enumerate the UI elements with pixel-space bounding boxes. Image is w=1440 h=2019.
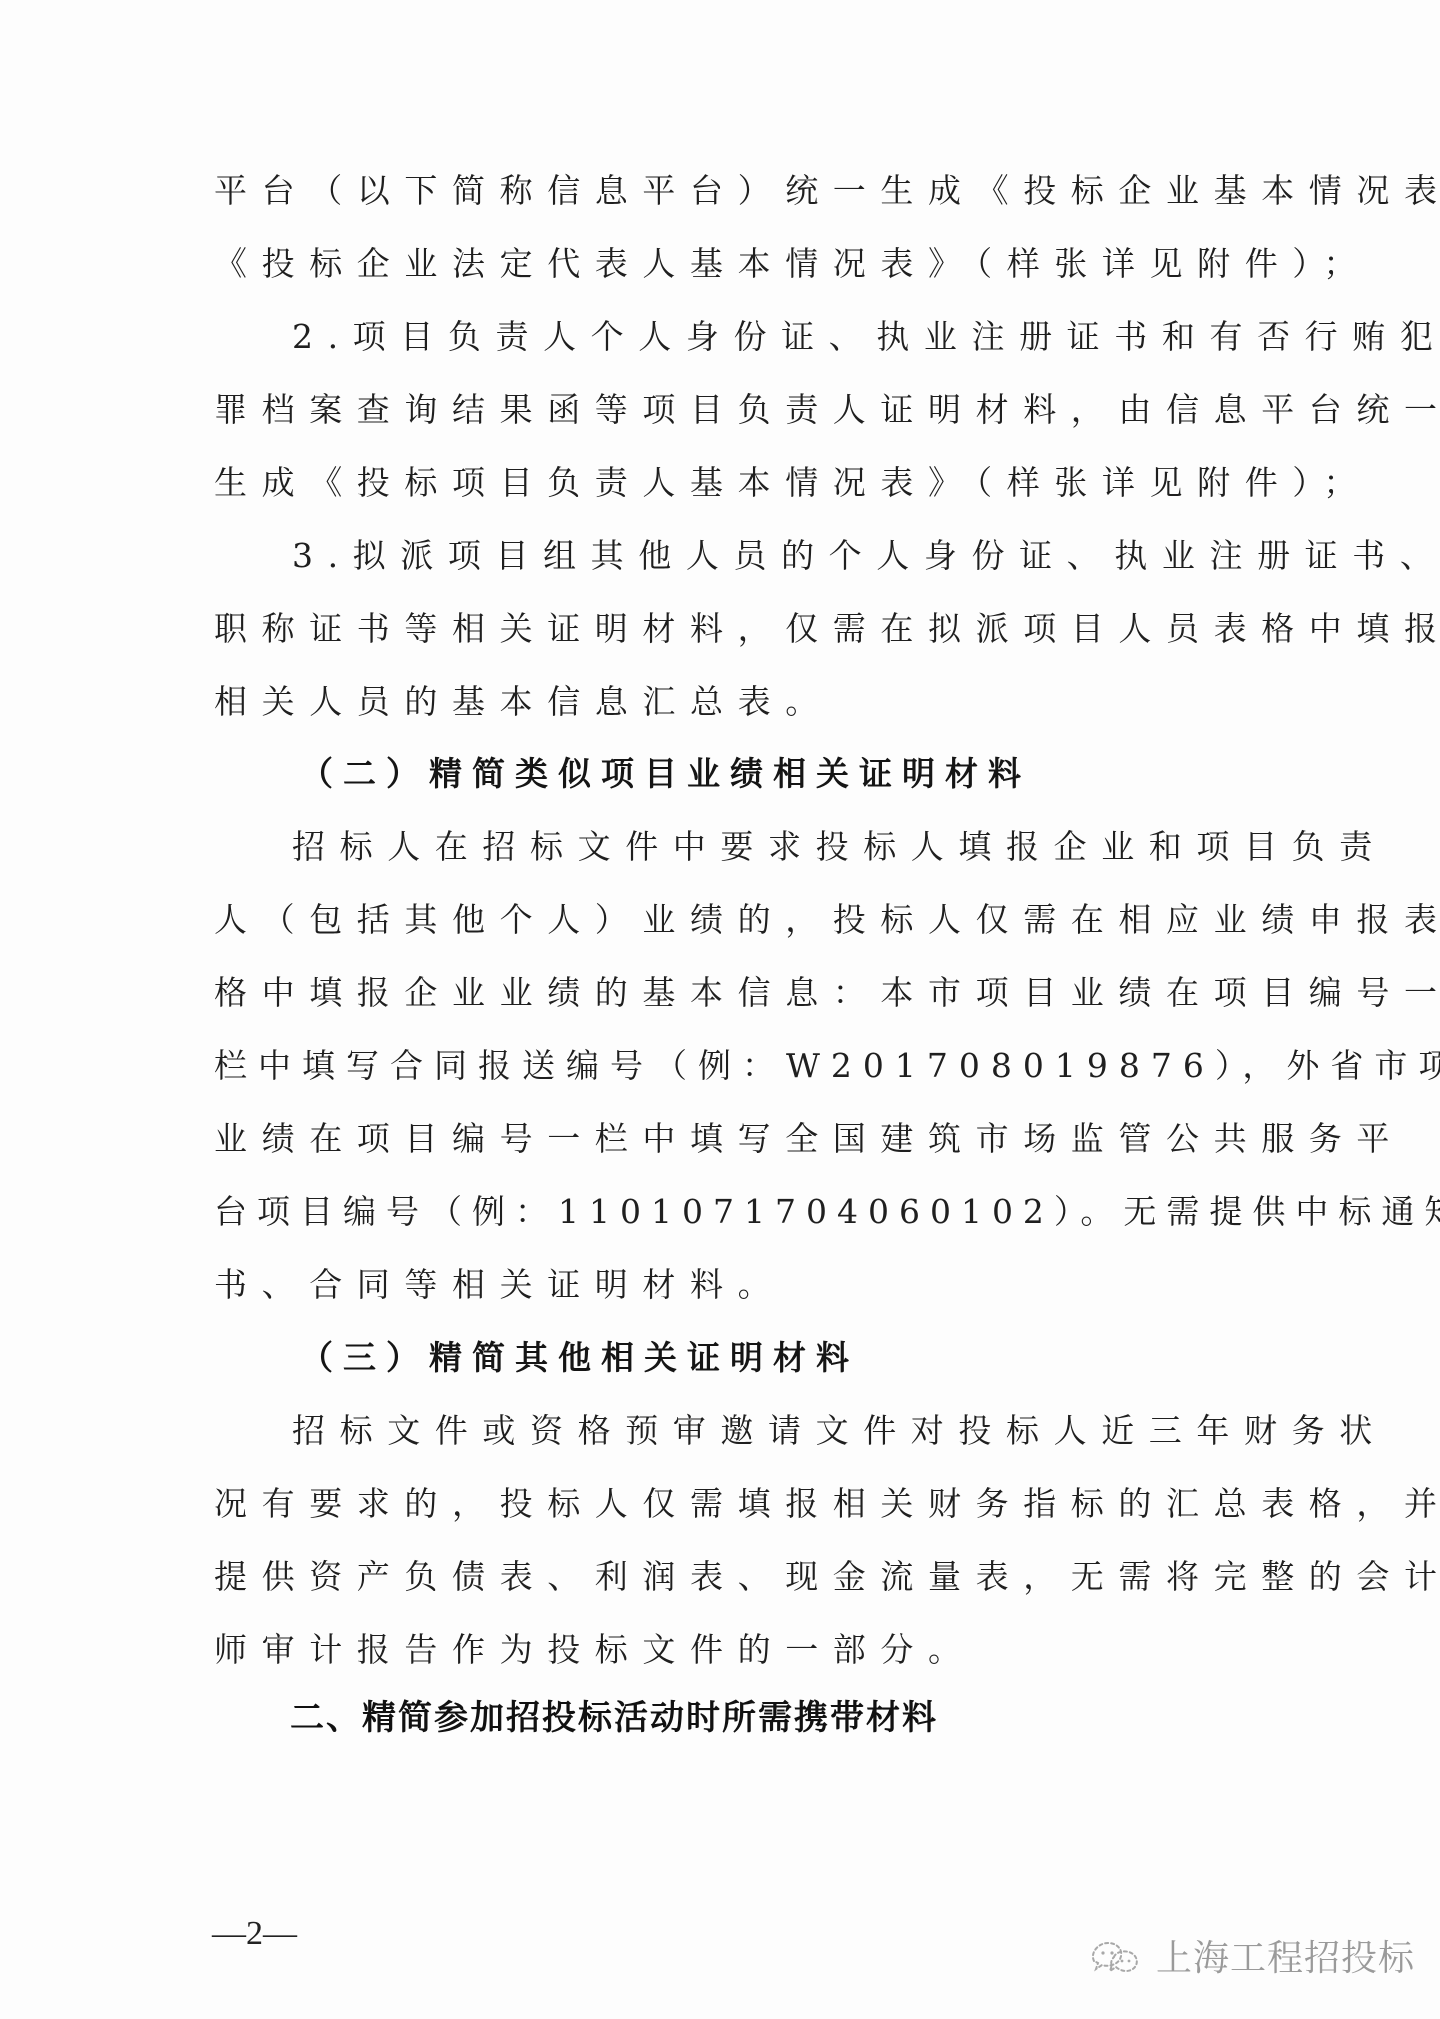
watermark: 上海工程招投标 xyxy=(1086,1928,1415,1982)
page-number: —2— xyxy=(212,1915,297,1953)
section-2-line-3: 格中填报企业业绩的基本信息：本市项目业绩在项目编号一 xyxy=(214,965,1234,1021)
section-2-line-5: 业绩在项目编号一栏中填写全国建筑市场监管公共服务平 xyxy=(214,1111,1234,1167)
section-3-line-2: 况有要求的，投标人仅需填报相关财务指标的汇总表格，并 xyxy=(214,1476,1234,1532)
section-3-line-3: 提供资产负债表、利润表、现金流量表，无需将完整的会计 xyxy=(214,1549,1234,1605)
body-line-2: 《投标企业法定代表人基本情况表》（样张详见附件）； xyxy=(214,236,1234,292)
section-3-line-4: 师审计报告作为投标文件的一部分。 xyxy=(214,1622,1234,1678)
wechat-official-account-icon xyxy=(1086,1931,1142,1979)
section-2-line-4: 栏中填写合同报送编号（例：W201708019876），外省市项目 xyxy=(214,1038,1234,1094)
section-3-line-1: 招标文件或资格预审邀请文件对投标人近三年财务状 xyxy=(292,1403,1312,1459)
body-line-1: 平台（以下简称信息平台）统一生成《投标企业基本情况表》 xyxy=(214,163,1234,219)
section-2-line-1: 招标人在招标文件中要求投标人填报企业和项目负责 xyxy=(292,819,1312,875)
list-item-3-line-1: 3.拟派项目组其他人员的个人身份证、执业注册证书、 xyxy=(292,528,1312,584)
section-heading-3: （三）精简其他相关证明材料 xyxy=(300,1330,1320,1386)
watermark-text: 上海工程招投标 xyxy=(1156,1930,1415,1981)
list-item-2-line-2: 罪档案查询结果函等项目负责人证明材料，由信息平台统一 xyxy=(214,382,1234,438)
section-heading-2: （二）精简类似项目业绩相关证明材料 xyxy=(300,746,1320,802)
list-item-3-line-2: 职称证书等相关证明材料，仅需在拟派项目人员表格中填报 xyxy=(214,601,1234,657)
list-item-3-line-3: 相关人员的基本信息汇总表。 xyxy=(214,674,1234,730)
section-2-line-7: 书、合同等相关证明材料。 xyxy=(214,1257,1234,1313)
document-page: 平台（以下简称信息平台）统一生成《投标企业基本情况表》 《投标企业法定代表人基本… xyxy=(0,0,1440,2019)
chapter-heading-2: 二、精简参加招投标活动时所需携带材料 xyxy=(290,1690,1310,1746)
list-item-2-line-1: 2.项目负责人个人身份证、执业注册证书和有否行贿犯 xyxy=(292,309,1312,365)
section-2-line-2: 人（包括其他个人）业绩的，投标人仅需在相应业绩申报表 xyxy=(214,892,1234,948)
list-item-2-line-3: 生成《投标项目负责人基本情况表》（样张详见附件）； xyxy=(214,455,1234,511)
section-2-line-6: 台项目编号（例：1101071704060102）。无需提供中标通知 xyxy=(214,1184,1234,1240)
